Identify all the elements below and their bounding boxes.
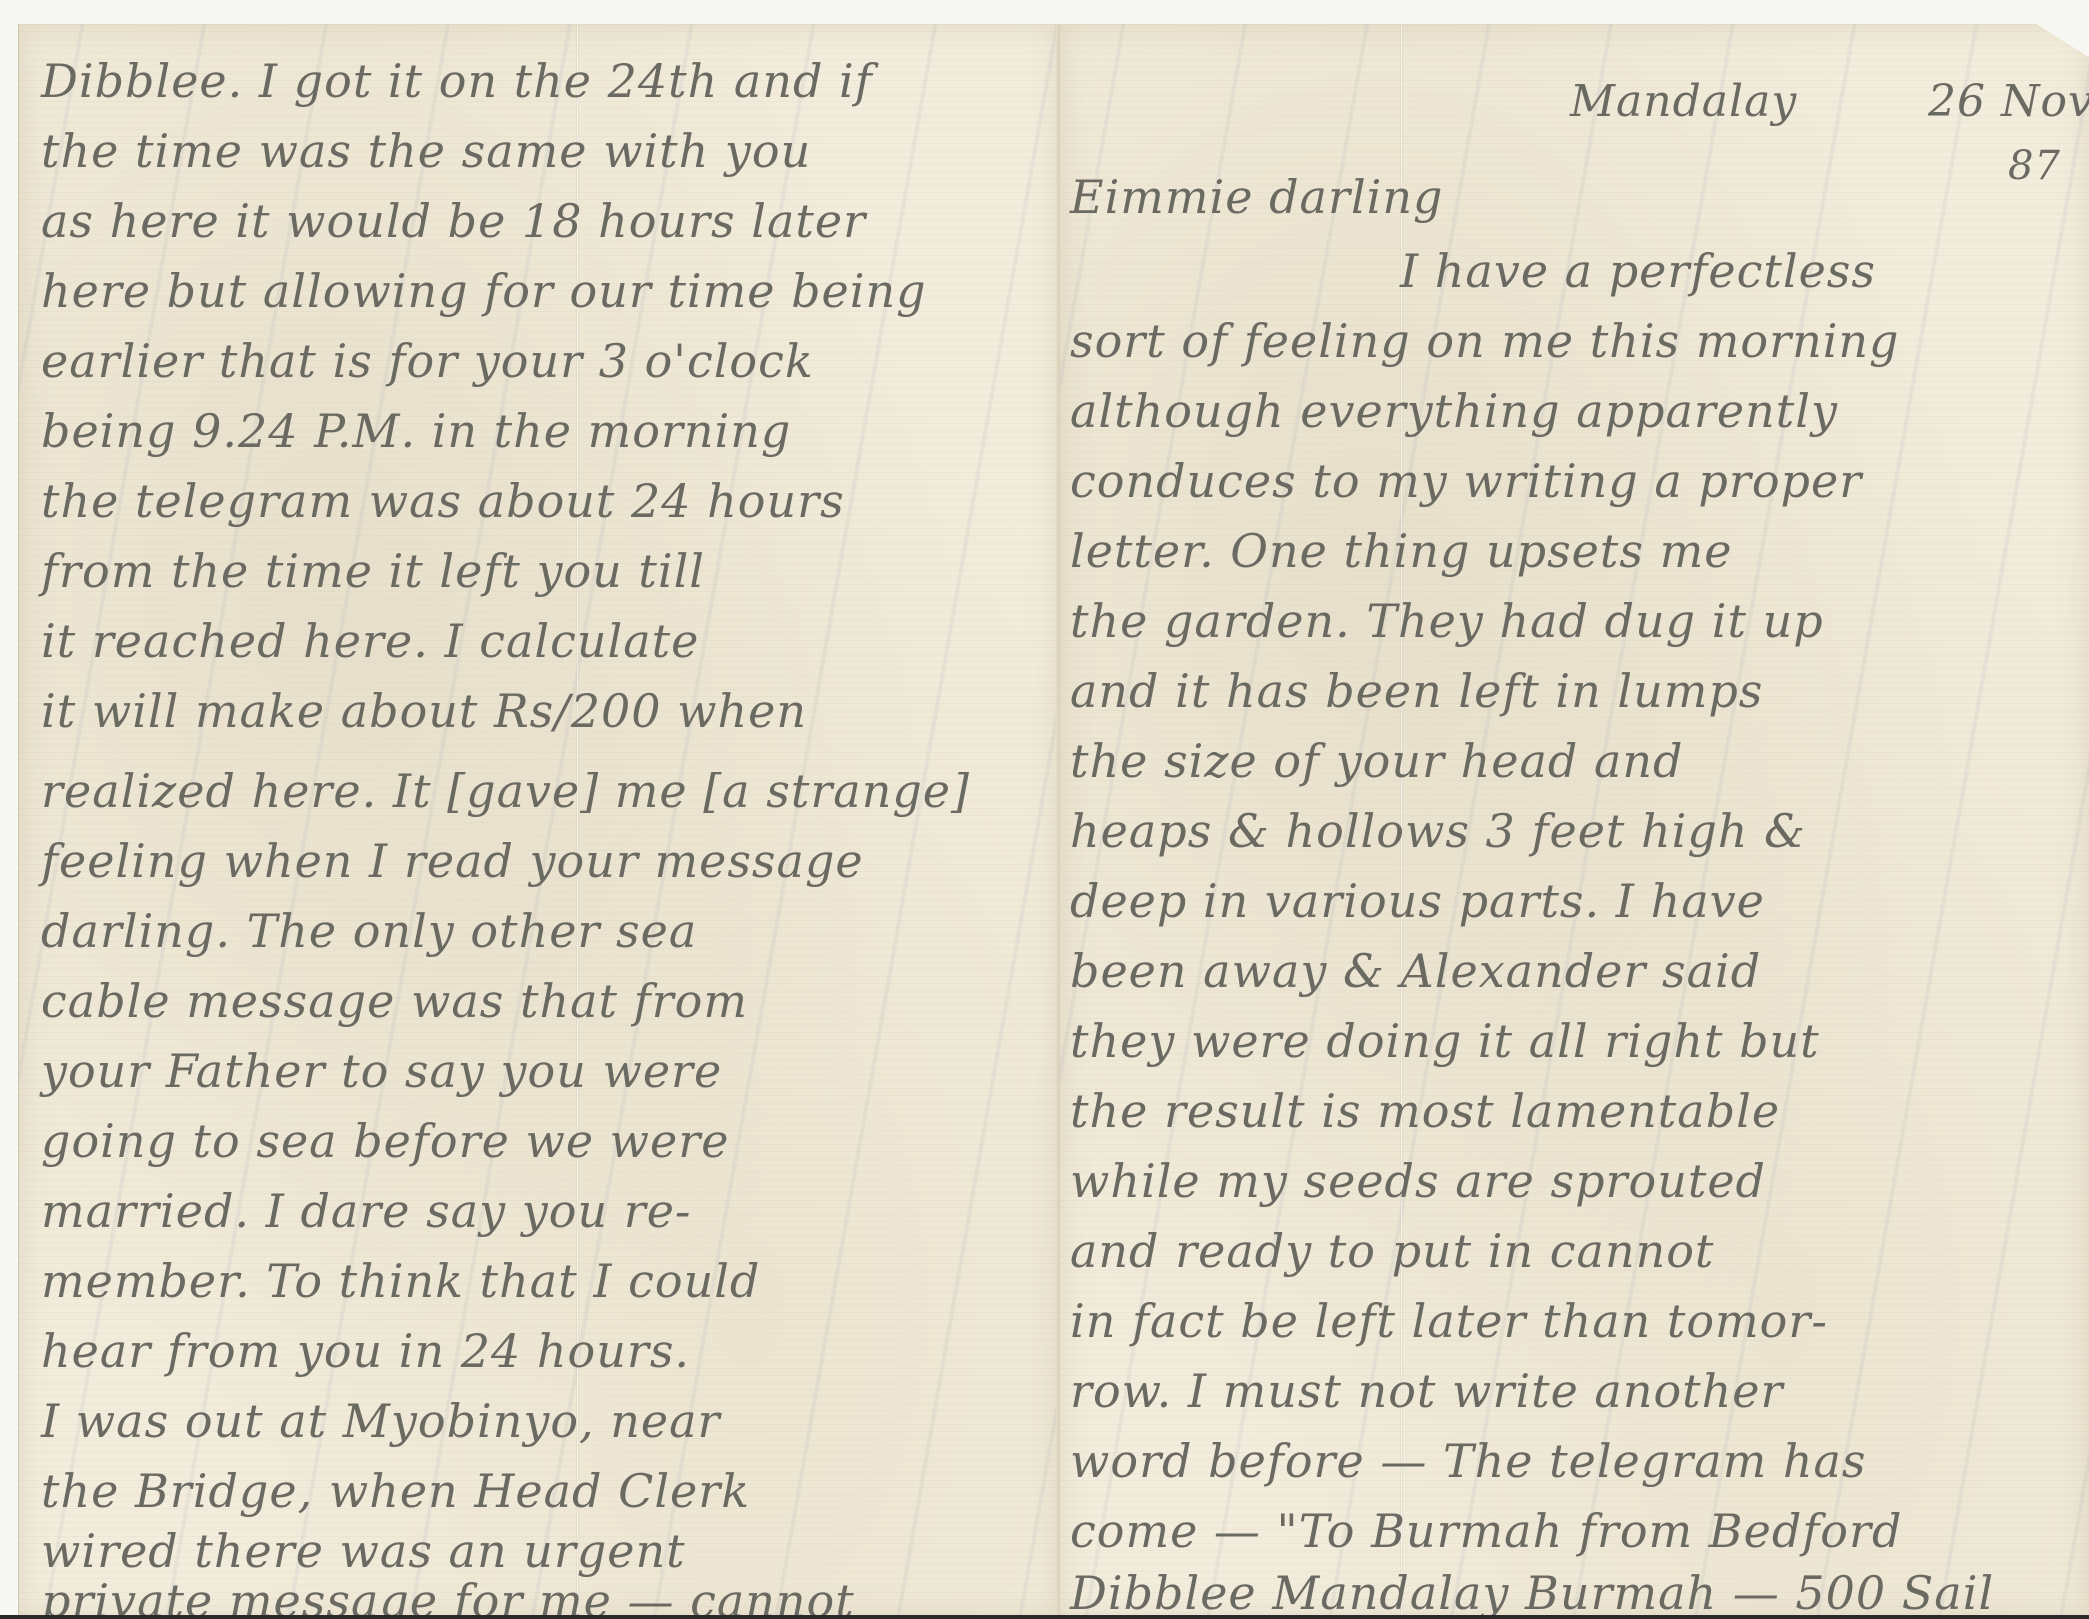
letter-line: the time was the same with you: [41, 128, 811, 174]
letter-line: row. I must not write another: [1070, 1368, 1784, 1414]
letter-line: deep in various parts. I have: [1070, 878, 1765, 924]
right-page: Mandalay 26 Nov. 87 Eimmie darling I hav…: [1060, 24, 2089, 1619]
scanned-letter: Dibblee. I got it on the 24th and if the…: [0, 0, 2089, 1619]
letter-line: although everything apparently: [1070, 388, 1838, 434]
letter-line: it reached here. I calculate: [41, 618, 699, 664]
letter-date: 26 Nov.: [1928, 80, 2089, 124]
letter-line: I was out at Myobinyo, near: [41, 1398, 721, 1444]
letter-line: married. I dare say you re-: [41, 1188, 691, 1234]
letter-line: heaps & hollows 3 feet high &: [1070, 808, 1806, 854]
letter-line: letter. One thing upsets me: [1070, 528, 1732, 574]
letter-line: cable message was that from: [41, 978, 748, 1024]
letter-place: Mandalay: [1570, 80, 1797, 124]
letter-line: Dibblee Mandalay Burmah — 500 Sail: [1070, 1570, 1994, 1616]
letter-line: here but allowing for our time being: [41, 268, 927, 314]
letter-line: it will make about Rs/200 when: [41, 688, 807, 734]
salutation: Eimmie darling: [1070, 174, 1443, 220]
letter-line: realized here. It [gave] me [a strange]: [41, 768, 970, 814]
letter-line: conduces to my writing a proper: [1070, 458, 1862, 504]
letter-line: wired there was an urgent: [41, 1528, 686, 1574]
left-page: Dibblee. I got it on the 24th and if the…: [18, 24, 1059, 1619]
letter-line: hear from you in 24 hours.: [41, 1328, 690, 1374]
letter-line: the size of your head and: [1070, 738, 1683, 784]
letter-line: they were doing it all right but: [1070, 1018, 1820, 1064]
letter-year: 87: [2008, 146, 2061, 186]
letter-line: from the time it left you till: [41, 548, 705, 594]
letter-line: as here it would be 18 hours later: [41, 198, 866, 244]
letter-line: the garden. They had dug it up: [1070, 598, 1824, 644]
letter-line: the result is most lamentable: [1070, 1088, 1780, 1134]
letter-line: the telegram was about 24 hours: [41, 478, 845, 524]
letter-line: word before — The telegram has: [1070, 1438, 1867, 1484]
letter-line: darling. The only other sea: [41, 908, 697, 954]
letter-line: and it has been left in lumps: [1070, 668, 1763, 714]
letter-line: in fact be left later than tomor-: [1070, 1298, 1828, 1344]
letter-line: being 9.24 P.M. in the morning: [41, 408, 791, 454]
scan-edge: [0, 1615, 2089, 1619]
letter-line: private message for me — cannot: [41, 1578, 855, 1619]
letter-line: and ready to put in cannot: [1070, 1228, 1714, 1274]
letter-line: the Bridge, when Head Clerk: [41, 1468, 750, 1514]
letter-line: I have a perfectless: [1400, 248, 1876, 294]
letter-line: while my seeds are sprouted: [1070, 1158, 1766, 1204]
letter-line: feeling when I read your message: [41, 838, 864, 884]
letter-line: going to sea before we were: [41, 1118, 729, 1164]
letter-line: Dibblee. I got it on the 24th and if: [41, 58, 873, 104]
letter-line: come — "To Burmah from Bedford: [1070, 1508, 1902, 1554]
letter-line: your Father to say you were: [41, 1048, 722, 1094]
letter-line: earlier that is for your 3 o'clock: [41, 338, 814, 384]
letter-line: been away & Alexander said: [1070, 948, 1761, 994]
letter-line: sort of feeling on me this morning: [1070, 318, 1900, 364]
letter-line: member. To think that I could: [41, 1258, 760, 1304]
